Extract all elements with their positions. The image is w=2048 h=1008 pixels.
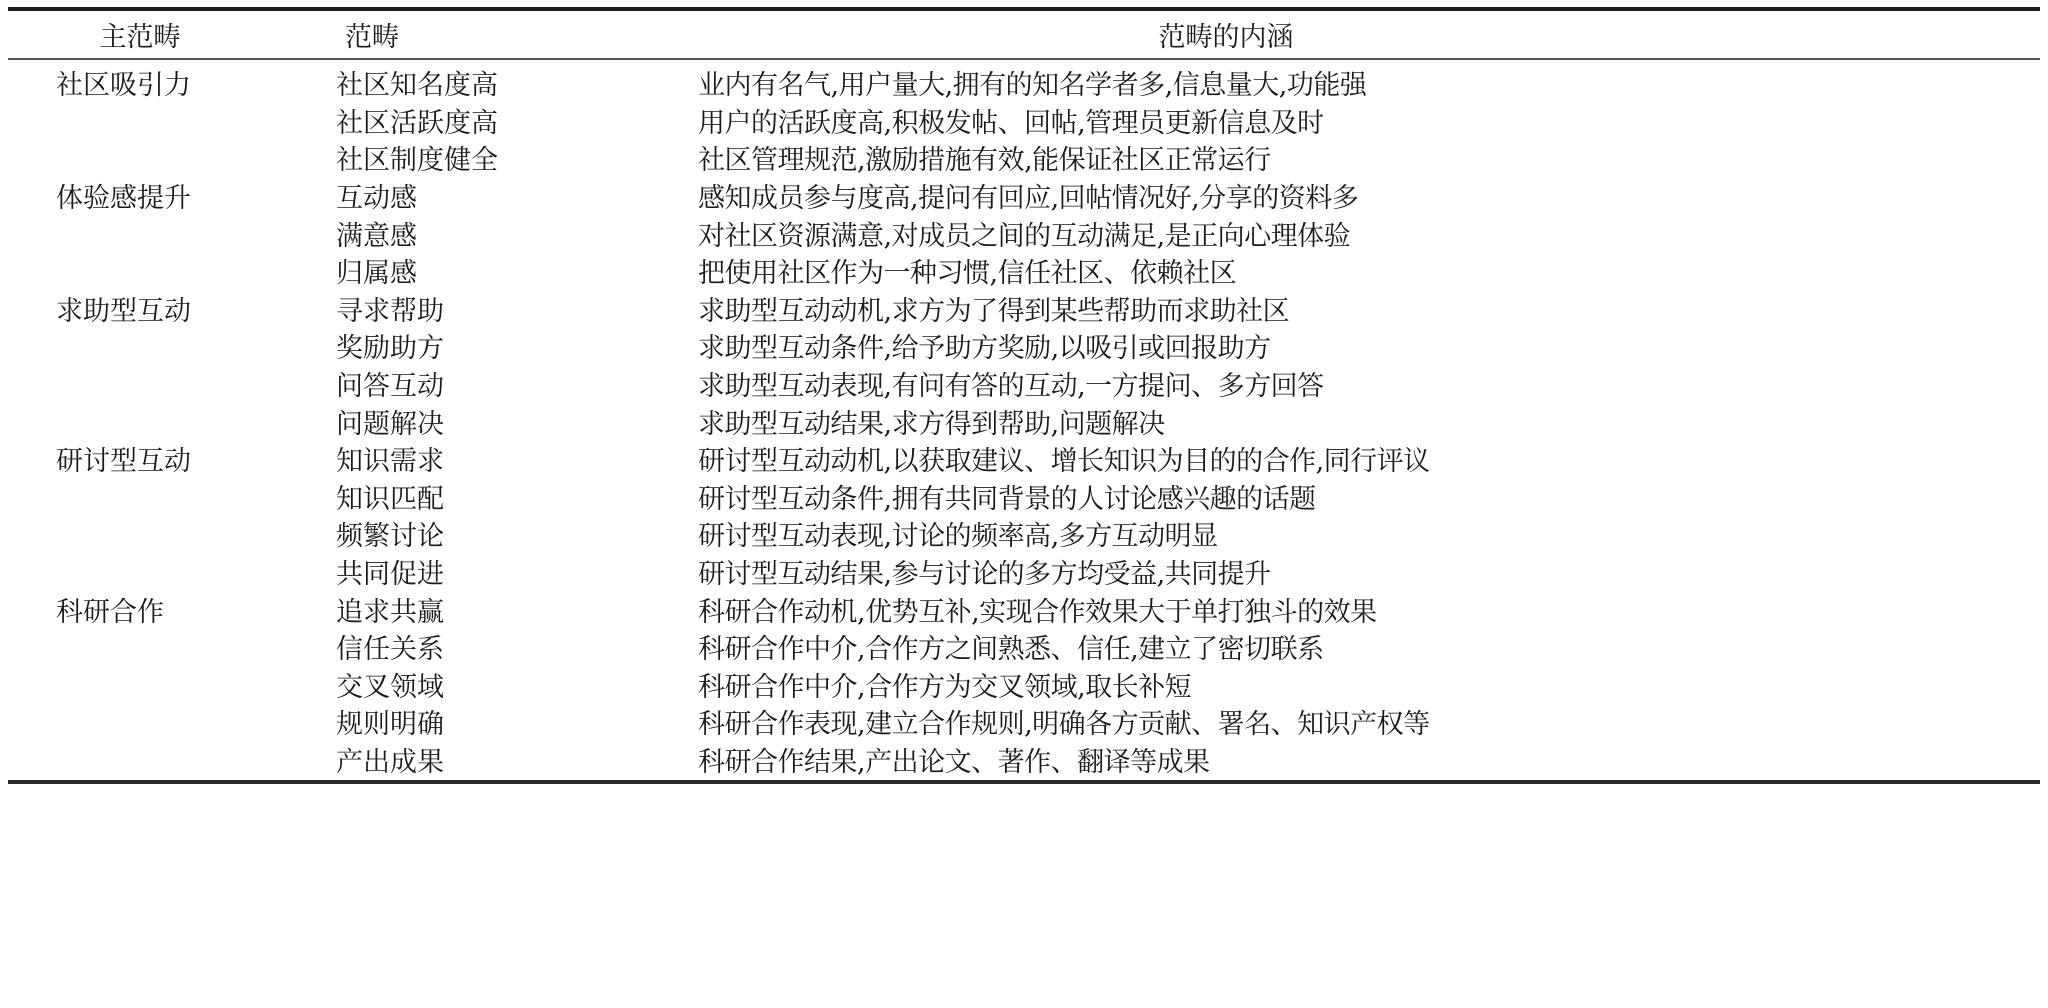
meaning-cell: 科研合作表现,建立合作规则,明确各方贡献、署名、知识产权等: [698, 702, 2040, 741]
table-row: 问答互动 求助型互动表现,有问有答的互动,一方提问、多方回答: [8, 365, 2040, 403]
category-cell: 产出成果: [336, 740, 698, 779]
table-row: 求助型互动 寻求帮助 求助型互动动机,求方为了得到某些帮助而求助社区: [8, 290, 2040, 328]
meaning-cell: 科研合作中介,合作方之间熟悉、信任,建立了密切联系: [698, 627, 2040, 666]
table-header: 主范畴 范畴 范畴的内涵: [8, 11, 2040, 58]
category-cell: 社区活跃度高: [336, 101, 698, 140]
table-row: 规则明确 科研合作表现,建立合作规则,明确各方贡献、署名、知识产权等: [8, 703, 2040, 741]
category-table: 主范畴 范畴 范畴的内涵 社区吸引力 社区知名度高 业内有名气,用户量大,拥有的…: [8, 7, 2040, 784]
category-cell: 社区知名度高: [336, 63, 698, 102]
category-cell: 寻求帮助: [336, 289, 698, 328]
category-cell: 知识需求: [336, 439, 698, 478]
meaning-cell: 科研合作中介,合作方为交叉领域,取长补短: [698, 665, 2040, 704]
table-row: 共同促进 研讨型互动结果,参与讨论的多方均受益,共同提升: [8, 553, 2040, 591]
meaning-cell: 求助型互动表现,有问有答的互动,一方提问、多方回答: [698, 364, 2040, 403]
meaning-cell: 社区管理规范,激励措施有效,能保证社区正常运行: [698, 138, 2040, 177]
main-category-cell: 科研合作: [8, 590, 336, 629]
meaning-cell: 对社区资源满意,对成员之间的互动满足,是正向心理体验: [698, 214, 2040, 253]
meaning-cell: 感知成员参与度高,提问有回应,回帖情况好,分享的资料多: [698, 176, 2040, 215]
main-category-cell: 体验感提升: [8, 176, 336, 215]
table-row: 产出成果 科研合作结果,产出论文、著作、翻译等成果: [8, 741, 2040, 779]
meaning-cell: 研讨型互动结果,参与讨论的多方均受益,共同提升: [698, 552, 2040, 591]
meaning-cell: 科研合作动机,优势互补,实现合作效果大于单打独斗的效果: [698, 590, 2040, 629]
table-row: 知识匹配 研讨型互动条件,拥有共同背景的人讨论感兴趣的话题: [8, 478, 2040, 516]
table-row: 奖励助方 求助型互动条件,给予助方奖励,以吸引或回报助方: [8, 327, 2040, 365]
table-row: 问题解决 求助型互动结果,求方得到帮助,问题解决: [8, 402, 2040, 440]
table-row: 信任关系 科研合作中介,合作方之间熟悉、信任,建立了密切联系: [8, 628, 2040, 666]
table-row: 归属感 把使用社区作为一种习惯,信任社区、依赖社区: [8, 252, 2040, 290]
category-cell: 频繁讨论: [336, 514, 698, 553]
main-category-cell: 求助型互动: [8, 289, 336, 328]
category-cell: 信任关系: [336, 627, 698, 666]
main-category-cell: 社区吸引力: [8, 63, 336, 102]
table-row: 社区活跃度高 用户的活跃度高,积极发帖、回帖,管理员更新信息及时: [8, 102, 2040, 140]
table-row: 研讨型互动 知识需求 研讨型互动动机,以获取建议、增长知识为目的的合作,同行评议: [8, 440, 2040, 478]
table-row: 交叉领域 科研合作中介,合作方为交叉领域,取长补短: [8, 666, 2040, 704]
meaning-cell: 用户的活跃度高,积极发帖、回帖,管理员更新信息及时: [698, 101, 2040, 140]
category-cell: 规则明确: [336, 702, 698, 741]
header-meaning: 范畴的内涵: [472, 15, 2040, 54]
category-cell: 奖励助方: [336, 326, 698, 365]
meaning-cell: 业内有名气,用户量大,拥有的知名学者多,信息量大,功能强: [698, 63, 2040, 102]
category-cell: 交叉领域: [336, 665, 698, 704]
table-row: 社区吸引力 社区知名度高 业内有名气,用户量大,拥有的知名学者多,信息量大,功能…: [8, 64, 2040, 102]
meaning-cell: 研讨型互动表现,讨论的频率高,多方互动明显: [698, 514, 2040, 553]
meaning-cell: 研讨型互动条件,拥有共同背景的人讨论感兴趣的话题: [698, 477, 2040, 516]
header-category: 范畴: [272, 15, 472, 54]
table-row: 频繁讨论 研讨型互动表现,讨论的频率高,多方互动明显: [8, 515, 2040, 553]
category-cell: 满意感: [336, 214, 698, 253]
meaning-cell: 求助型互动结果,求方得到帮助,问题解决: [698, 402, 2040, 441]
table-row: 社区制度健全 社区管理规范,激励措施有效,能保证社区正常运行: [8, 139, 2040, 177]
meaning-cell: 把使用社区作为一种习惯,信任社区、依赖社区: [698, 251, 2040, 290]
category-cell: 共同促进: [336, 552, 698, 591]
category-cell: 归属感: [336, 251, 698, 290]
main-category-cell: 研讨型互动: [8, 439, 336, 478]
header-main-category: 主范畴: [8, 15, 272, 54]
meaning-cell: 求助型互动动机,求方为了得到某些帮助而求助社区: [698, 289, 2040, 328]
table-row: 满意感 对社区资源满意,对成员之间的互动满足,是正向心理体验: [8, 214, 2040, 252]
meaning-cell: 科研合作结果,产出论文、著作、翻译等成果: [698, 740, 2040, 779]
meaning-cell: 研讨型互动动机,以获取建议、增长知识为目的的合作,同行评议: [698, 439, 2040, 478]
bottom-rule: [8, 780, 2040, 784]
category-cell: 追求共赢: [336, 590, 698, 629]
category-cell: 问答互动: [336, 364, 698, 403]
category-cell: 知识匹配: [336, 477, 698, 516]
category-cell: 互动感: [336, 176, 698, 215]
meaning-cell: 求助型互动条件,给予助方奖励,以吸引或回报助方: [698, 326, 2040, 365]
table-body: 社区吸引力 社区知名度高 业内有名气,用户量大,拥有的知名学者多,信息量大,功能…: [8, 60, 2040, 780]
table-row: 体验感提升 互动感 感知成员参与度高,提问有回应,回帖情况好,分享的资料多: [8, 177, 2040, 215]
category-cell: 社区制度健全: [336, 138, 698, 177]
category-cell: 问题解决: [336, 402, 698, 441]
table-row: 科研合作 追求共赢 科研合作动机,优势互补,实现合作效果大于单打独斗的效果: [8, 590, 2040, 628]
